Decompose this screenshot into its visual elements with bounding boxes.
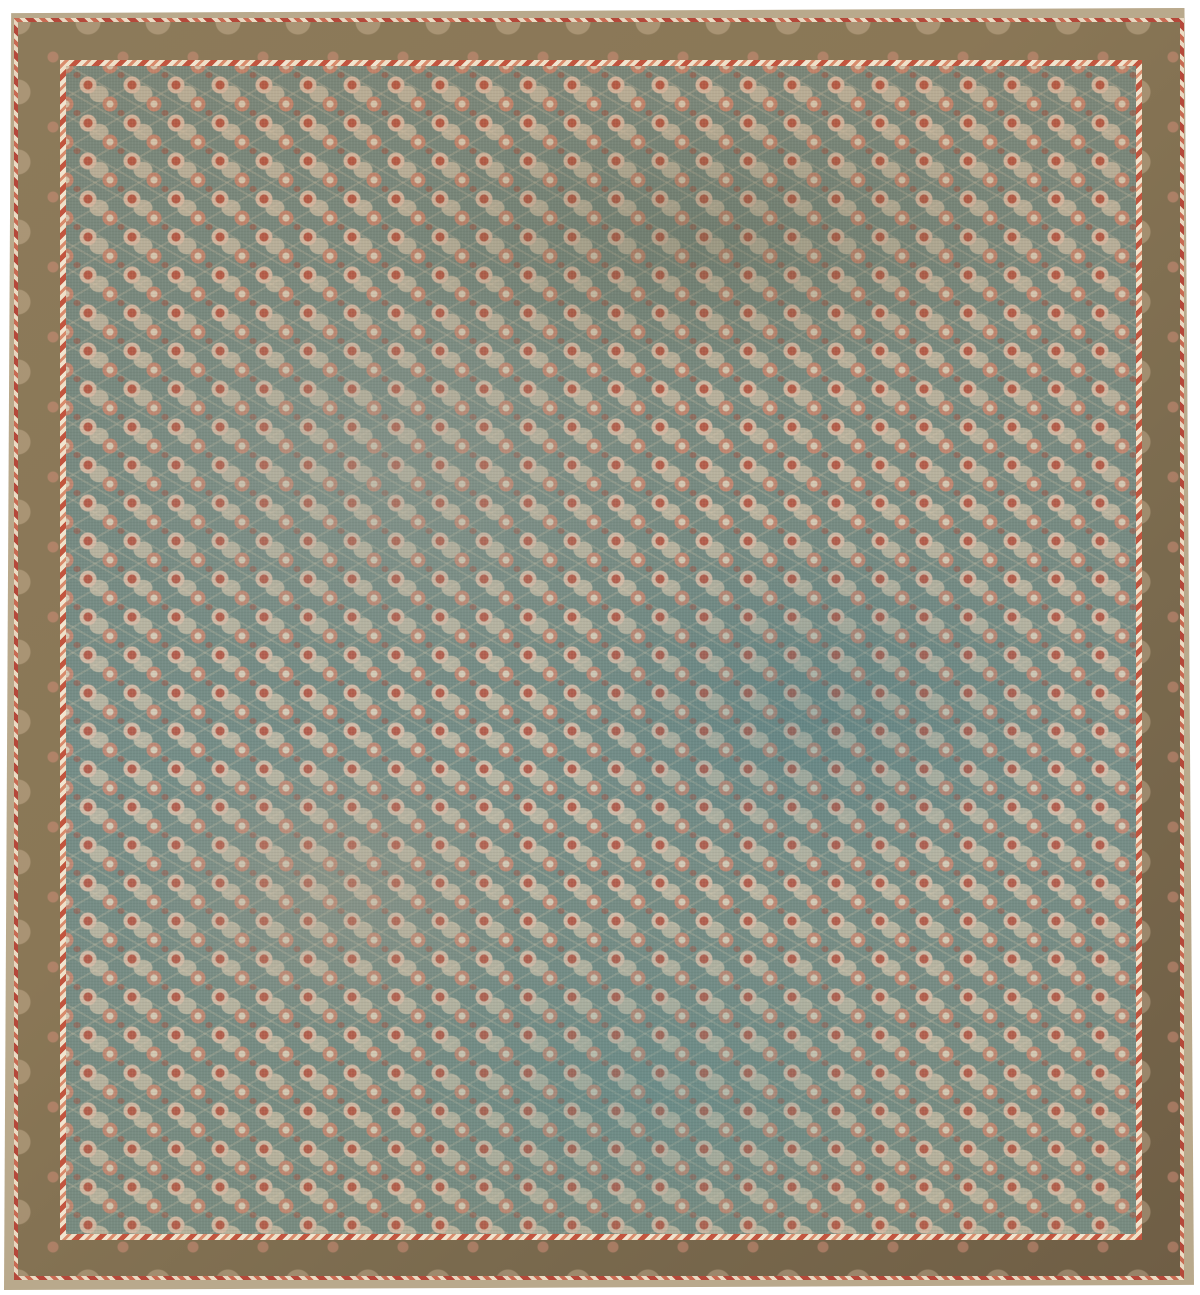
rug-field-herati-pattern — [66, 66, 1136, 1234]
photo-canvas — [0, 0, 1200, 1295]
rug-weave-texture — [66, 66, 1136, 1234]
rug — [4, 8, 1194, 1290]
rug-abrash-color-variation — [66, 66, 1136, 1234]
